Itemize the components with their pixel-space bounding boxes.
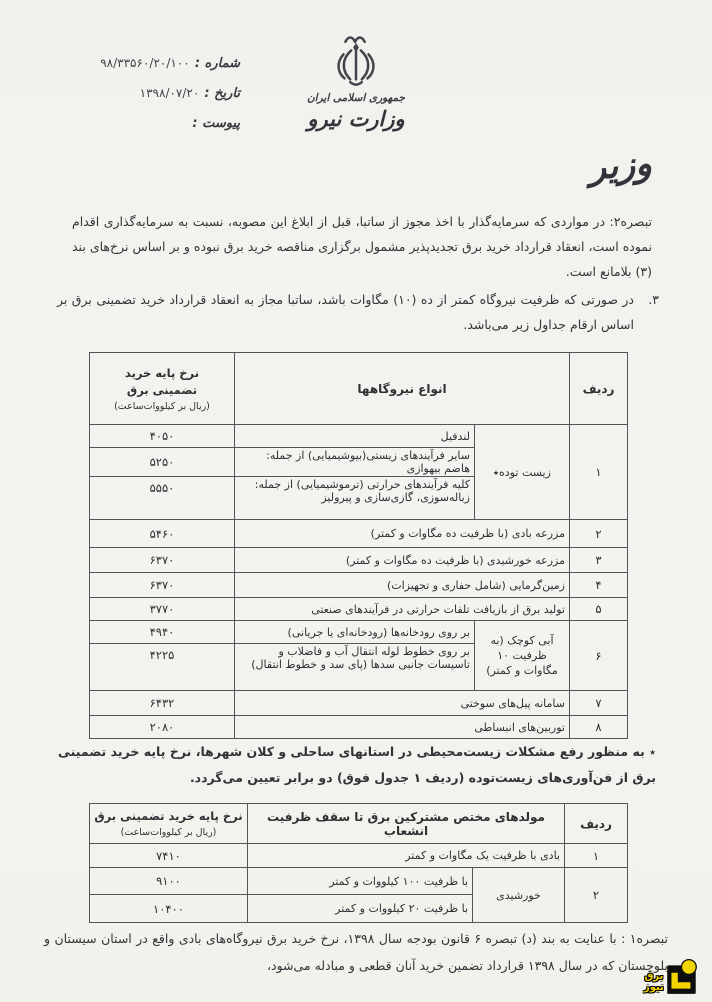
org-name-ministry: وزارت نیرو [241,107,471,131]
row-price: ۴۹۴۰ [89,621,234,644]
table2-col-types: مولدهای مختص مشترکین برق تا سقف ظرفیت ان… [247,804,564,844]
table1-col-row-no: ردیف [570,353,628,425]
row-desc: تولید برق از بازیافت تلفات حرارتی در فرآ… [234,598,569,621]
row-price: ۱۰۴۰۰ [89,895,247,923]
table-row-wind-1mw: ۱ بادی با ظرفیت یک مگاوات و کمتر ۷۴۱۰ [89,844,627,868]
table-row-solar-farm: ۳ مزرعه خورشیدی (با ظرفیت ده مگاوات و کم… [89,548,627,573]
biomass-footnote: ٭ به منظور رفع مشکلات زیست‌محیطی در استا… [58,739,656,791]
row-no: ۱ [565,844,628,868]
row-no: ۲ [570,520,628,548]
table2-header-row: ردیف مولدهای مختص مشترکین برق تا سقف ظرف… [89,804,627,844]
note2-paragraph: تبصره۲: در مواردی که سرمایه‌گذار با اخذ … [72,209,652,284]
row-price: ۶۳۷۰ [89,573,234,598]
item3-text: در صورتی که ظرفیت نیروگاه کمتر از ده (۱۰… [57,287,634,337]
row-no: ۳ [570,548,628,573]
row-price: ۴۲۲۵ [89,644,234,691]
row-desc: لندفیل [234,425,474,448]
row-desc: مزرعه خورشیدی (با ظرفیت ده مگاوات و کمتر… [234,548,569,573]
row-desc: کلیه فرآیندهای حرارتی (ترموشیمیایی) از ج… [234,477,474,520]
power-plant-rates-table: ردیف انواع نیروگاهها نرخ پایه خرید تضمین… [89,352,628,739]
barghnews-logo-icon [666,958,698,996]
barghnews-watermark-text: برق نیوز [644,971,664,996]
row-desc: زمین‌گرمایی (شامل حفاری و تجهیزات) [234,573,569,598]
table-row-biomass-landfill: ۱ زیست توده٭ لندفیل ۴۰۵۰ [89,425,627,448]
price-header-unit: (ریال بر کیلووات‌ساعت) [94,826,243,839]
table-row-fuel-cell: ۷ سامانه پیل‌های سوختی ۶۴۳۲ [89,691,627,716]
note1-paragraph: تبصره۱ : با عنایت به بند (د) تبصره ۶ قان… [44,925,668,979]
table-row-geothermal: ۴ زمین‌گرمایی (شامل حفاری و تجهیزات) ۶۳۷… [89,573,627,598]
iran-emblem-icon [330,34,382,90]
price-header-line1: نرخ پایه خرید [94,365,230,382]
price-header-line2: تضمینی برق [94,382,230,399]
letter-number-value: ۹۸/۳۳۵۶۰/۲۰/۱۰۰ [100,56,189,70]
letterhead-meta: شماره : ۹۸/۳۳۵۶۰/۲۰/۱۰۰ تاریخ : ۱۳۹۸/۰۷/… [45,52,240,142]
row-no: ۴ [570,573,628,598]
letter-attachment-line: پیوست : [45,112,240,131]
barghnews-watermark: برق نیوز [644,958,698,996]
table1-col-price: نرخ پایه خرید تضمینی برق (ریال بر کیلووا… [89,353,234,425]
row-no: ۱ [570,425,628,520]
row-price: ۶۳۷۰ [89,548,234,573]
table2-col-price: نرخ پایه خرید تضمینی برق (ریال بر کیلووا… [89,804,247,844]
row-price: ۲۰۸۰ [89,716,234,739]
group-label-solar: خورشیدی [473,868,565,923]
table-row-wind-farm: ۲ مزرعه بادی (با ظرفیت ده مگاوات و کمتر)… [89,520,627,548]
letter-date-value: ۱۳۹۸/۰۷/۲۰ [140,86,200,100]
row-no: ۵ [570,598,628,621]
row-price: ۵۴۶۰ [89,520,234,548]
subscriber-generators-table: ردیف مولدهای مختص مشترکین برق تا سقف ظرف… [89,803,628,923]
table1-header-row: ردیف انواع نیروگاهها نرخ پایه خرید تضمین… [89,353,627,425]
letter-number-label: شماره : [195,56,240,71]
letter-number-line: شماره : ۹۸/۳۳۵۶۰/۲۰/۱۰۰ [45,52,240,71]
table-row-expansion-turbine: ۸ توربین‌های انبساطی ۲۰۸۰ [89,716,627,739]
row-price: ۳۷۷۰ [89,598,234,621]
emblem-center-detail [353,43,359,53]
table-row-waste-heat-recovery: ۵ تولید برق از بازیافت تلفات حرارتی در ف… [89,598,627,621]
row-desc: توربین‌های انبساطی [234,716,569,739]
row-price: ۶۴۳۲ [89,691,234,716]
row-price: ۵۲۵۰ [89,448,234,477]
row-price: ۷۴۱۰ [89,844,247,868]
group-label-biomass: زیست توده٭ [475,425,570,520]
price-header-line1: نرخ پایه خرید تضمینی برق [94,808,243,825]
row-price: ۹۱۰۰ [89,868,247,895]
minister-signature-title: وزیر [588,144,653,188]
row-desc: مزرعه بادی (با ظرفیت ده مگاوات و کمتر) [234,520,569,548]
table-row-solar-100kw: ۲ خورشیدی با ظرفیت ۱۰۰ کیلووات و کمتر ۹۱… [89,868,627,895]
row-price: ۴۰۵۰ [89,425,234,448]
group-label-small-hydro: آبی کوچک (به ظرفیت ۱۰ مگاوات و کمتر) [475,621,570,691]
row-no: ۶ [570,621,628,691]
row-no: ۲ [565,868,628,923]
letter-date-line: تاریخ : ۱۳۹۸/۰۷/۲۰ [45,82,240,101]
row-desc: بر روی خطوط لوله انتقال آب و فاضلاب و تا… [234,644,474,691]
price-header-unit: (ریال بر کیلووات‌ساعت) [94,400,230,413]
letterhead-emblem-block: جمهوری اسلامی ایران وزارت نیرو [241,34,471,131]
table-row-small-hydro-river: ۶ آبی کوچک (به ظرفیت ۱۰ مگاوات و کمتر) ب… [89,621,627,644]
letter-date-label: تاریخ : [204,86,240,101]
row-desc: با ظرفیت ۲۰ کیلووات و کمتر [247,895,472,923]
table1-col-types: انواع نیروگاهها [234,353,569,425]
item3-number: ۳. [641,287,659,337]
row-desc: با ظرفیت ۱۰۰ کیلووات و کمتر [247,868,472,895]
row-desc: سامانه پیل‌های سوختی [234,691,569,716]
letter-attachment-label: پیوست : [192,116,240,131]
row-no: ۷ [570,691,628,716]
row-price: ۵۵۵۰ [89,477,234,520]
row-no: ۸ [570,716,628,739]
watermark-word-2: نیوز [644,982,664,993]
org-name-republic: جمهوری اسلامی ایران [241,92,471,104]
row-desc: سایر فرآیندهای زیستی(بیوشیمیایی) از جمله… [234,448,474,477]
table2-col-row-no: ردیف [565,804,628,844]
row-desc: بر روی رودخانه‌ها (رودخانه‌ای یا جریانی) [234,621,474,644]
item3-paragraph: ۳. در صورتی که ظرفیت نیروگاه کمتر از ده … [57,287,659,337]
scanned-letter-page: شماره : ۹۸/۳۳۵۶۰/۲۰/۱۰۰ تاریخ : ۱۳۹۸/۰۷/… [0,0,712,1002]
row-desc: بادی با ظرفیت یک مگاوات و کمتر [247,844,564,868]
watermark-word-1: برق [644,971,663,982]
